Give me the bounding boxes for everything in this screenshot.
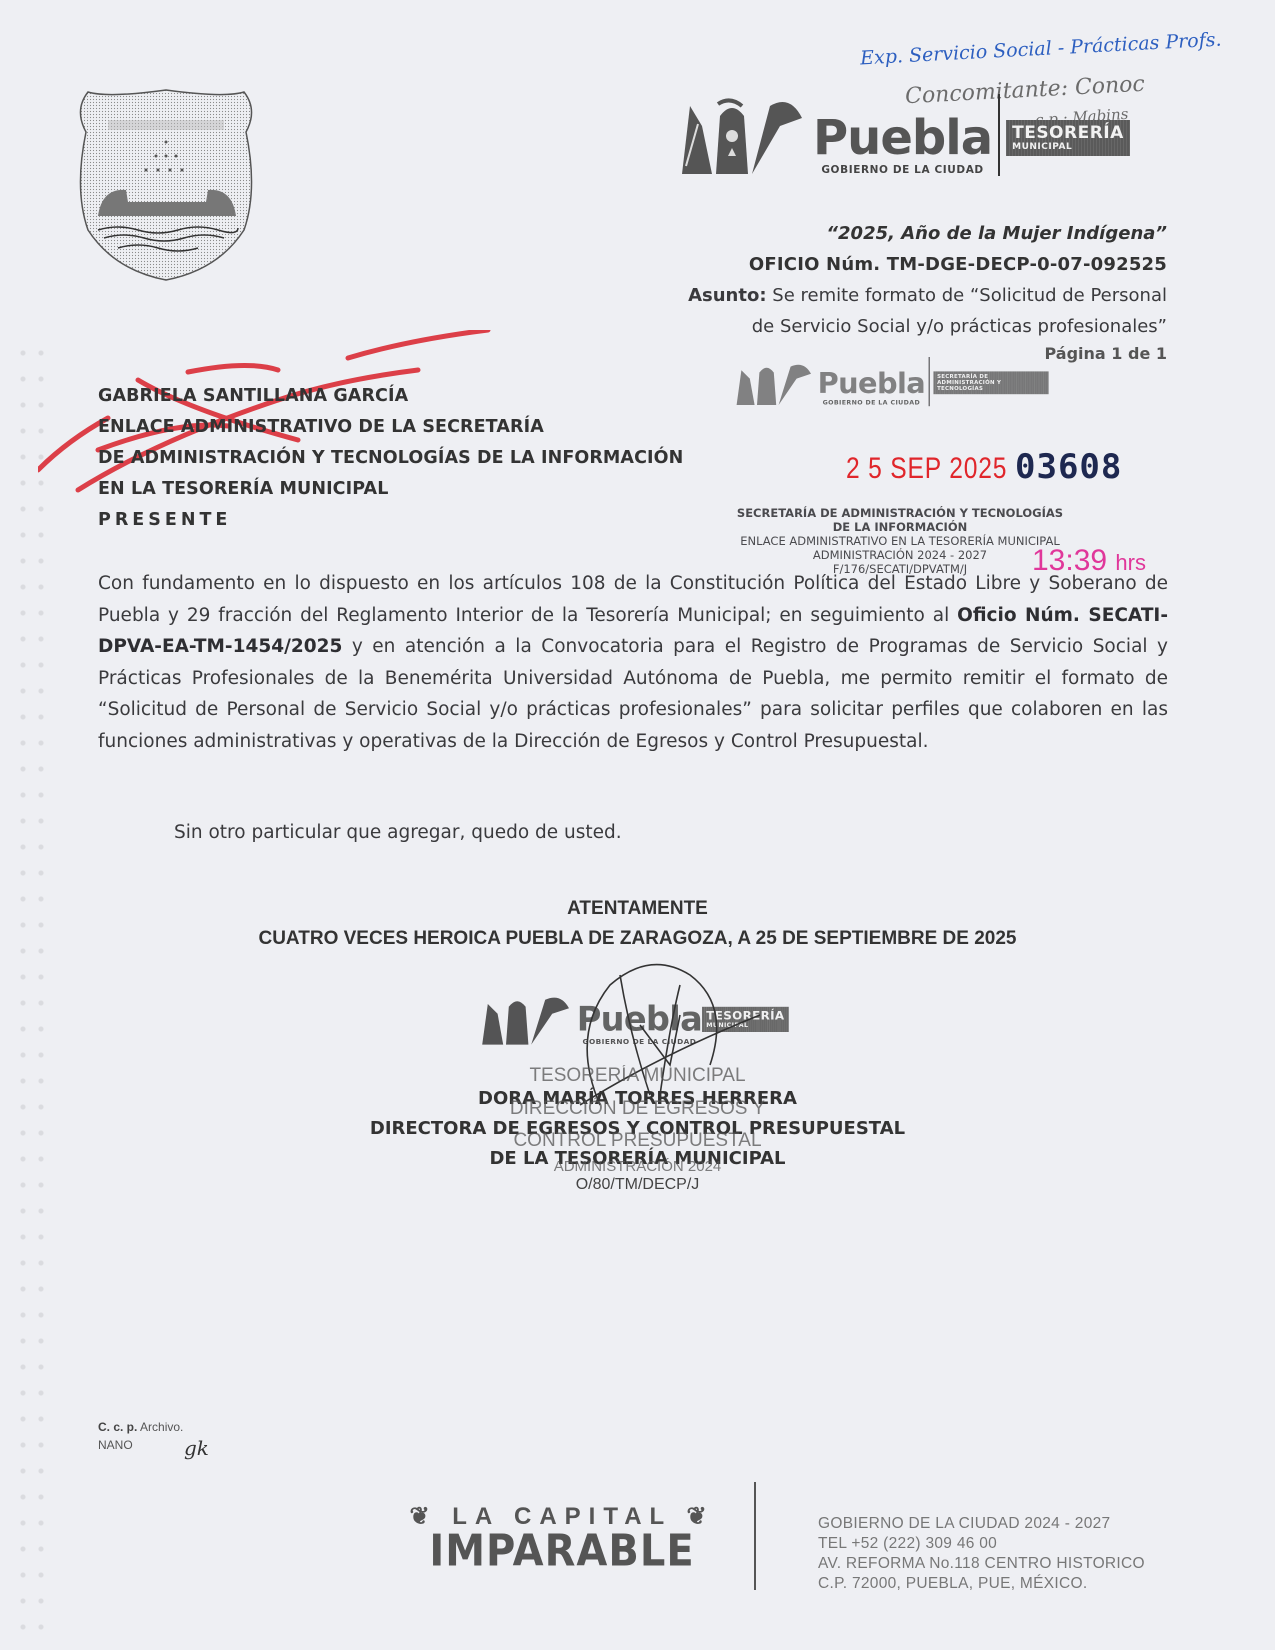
body-paragraph: Con fundamento en lo dispuesto en los ar… (98, 568, 1168, 757)
handwritten-note-expediente: Exp. Servicio Social - Prácticas Profs. (860, 29, 1222, 70)
stamp-subtitle: GOBIERNO DE LA CIUDAD (823, 399, 920, 406)
asunto-line-1: Asunto: Se remite formato de “Solicitud … (688, 280, 1167, 311)
logo-divider (998, 94, 1000, 176)
asunto-line-2: de Servicio Social y/o prácticas profesi… (688, 311, 1167, 342)
secati-badge-text: SECRETARÍA DE ADMINISTRACIÓN Y TECNOLOGÍ… (937, 374, 1045, 392)
city-coat-of-arms-icon (68, 80, 264, 286)
reception-line-4: ADMINISTRACIÓN 2024 - 2027 (730, 548, 1070, 562)
puebla-tesoreria-logo: Puebla GOBIERNO DE LA CIUDAD TESORERÍA M… (672, 94, 1130, 176)
stamp-divider (929, 357, 930, 406)
reception-stamp-text: SECRETARÍA DE ADMINISTRACIÓN Y TECNOLOGÍ… (730, 506, 1070, 576)
puebla-wordmark: Puebla (813, 114, 992, 162)
stamp-wordmark: Puebla (818, 369, 925, 398)
presente-label: PRESENTE (98, 505, 683, 536)
footer-phone: TEL +52 (222) 309 46 00 (818, 1534, 1145, 1554)
scan-edge-artifact (14, 340, 52, 1640)
reception-line-2: DE LA INFORMACIÓN (730, 520, 1070, 534)
handwritten-initials: gk (184, 1436, 209, 1460)
footer-contact-info: GOBIERNO DE LA CIUDAD 2024 - 2027 TEL +5… (818, 1514, 1145, 1594)
addressee-block: GABRIELA SANTILLANA GARCÍA ENLACE ADMINI… (98, 381, 683, 536)
addressee-role-3: EN LA TESORERÍA MUNICIPAL (98, 474, 683, 505)
atentamente-label: ATENTAMENTE (0, 898, 1275, 920)
seal-line-1: TESORERÍA MUNICIPAL (0, 1065, 1275, 1086)
oficio-number: OFICIO Núm. TM-DGE-DECP-0-07-092525 (688, 249, 1167, 280)
ccp-value: Archivo. (140, 1420, 183, 1434)
secati-stamp-logo: Puebla GOBIERNO DE LA CIUDAD SECRETARÍA … (733, 357, 1049, 406)
asunto-label: Asunto: (688, 285, 766, 306)
footer-postal-code: C.P. 72000, PUEBLA, PUE, MÉXICO. (818, 1574, 1145, 1594)
footer-address: AV. REFORMA No.118 CENTRO HISTORICO (818, 1554, 1145, 1574)
la-capital-imparable-logo: ❦ LA CAPITAL ❦ IMPARABLE (402, 1502, 722, 1571)
folio-number-stamp: 03608 (1015, 447, 1122, 487)
puebla-emblem-icon (733, 358, 814, 406)
tesoreria-badge-title: TESORERÍA (1012, 124, 1124, 142)
puebla-emblem-icon (478, 990, 573, 1046)
reception-date-stamp: 2 5 SEP 2025 (846, 452, 1007, 486)
typist-initials: NANO (98, 1436, 183, 1454)
seal-reference: O/80/TM/DECP/J (0, 1176, 1275, 1194)
place-and-date: CUATRO VECES HEROICA PUEBLA DE ZARAGOZA,… (0, 928, 1275, 950)
tesoreria-badge-subtitle: MUNICIPAL (1012, 142, 1124, 152)
addressee-name: GABRIELA SANTILLANA GARCÍA (98, 381, 683, 412)
closing-sentence: Sin otro particular que agregar, quedo d… (174, 822, 622, 843)
reception-line-1: SECRETARÍA DE ADMINISTRACIÓN Y TECNOLOGÍ… (730, 506, 1070, 520)
tesoreria-badge: TESORERÍA MUNICIPAL (1006, 120, 1130, 156)
asunto-text-1: Se remite formato de “Solicitud de Perso… (767, 285, 1167, 306)
ccp-block: C. c. p. Archivo. NANO (98, 1418, 183, 1454)
gobierno-subtitle: GOBIERNO DE LA CIUDAD (821, 164, 983, 176)
addressee-role-1: ENLACE ADMINISTRATIVO DE LA SECRETARÍA (98, 412, 683, 443)
footer-divider (754, 1482, 756, 1590)
ccp-label: C. c. p. (98, 1420, 137, 1434)
reception-line-3: ENLACE ADMINISTRATIVO EN LA TESORERÍA MU… (730, 534, 1070, 548)
document-header: “2025, Año de la Mujer Indígena” OFICIO … (688, 218, 1167, 366)
seal-line-4: ADMINISTRACIÓN 2024 (0, 1156, 1275, 1177)
addressee-role-2: DE ADMINISTRACIÓN Y TECNOLOGÍAS DE LA IN… (98, 443, 683, 474)
secati-badge: SECRETARÍA DE ADMINISTRACIÓN Y TECNOLOGÍ… (933, 371, 1048, 394)
year-motto: “2025, Año de la Mujer Indígena” (688, 218, 1167, 249)
puebla-emblem-icon (672, 96, 807, 176)
footer-government: GOBIERNO DE LA CIUDAD 2024 - 2027 (818, 1514, 1145, 1534)
brand-line-2: IMPARABLE (402, 1529, 722, 1573)
